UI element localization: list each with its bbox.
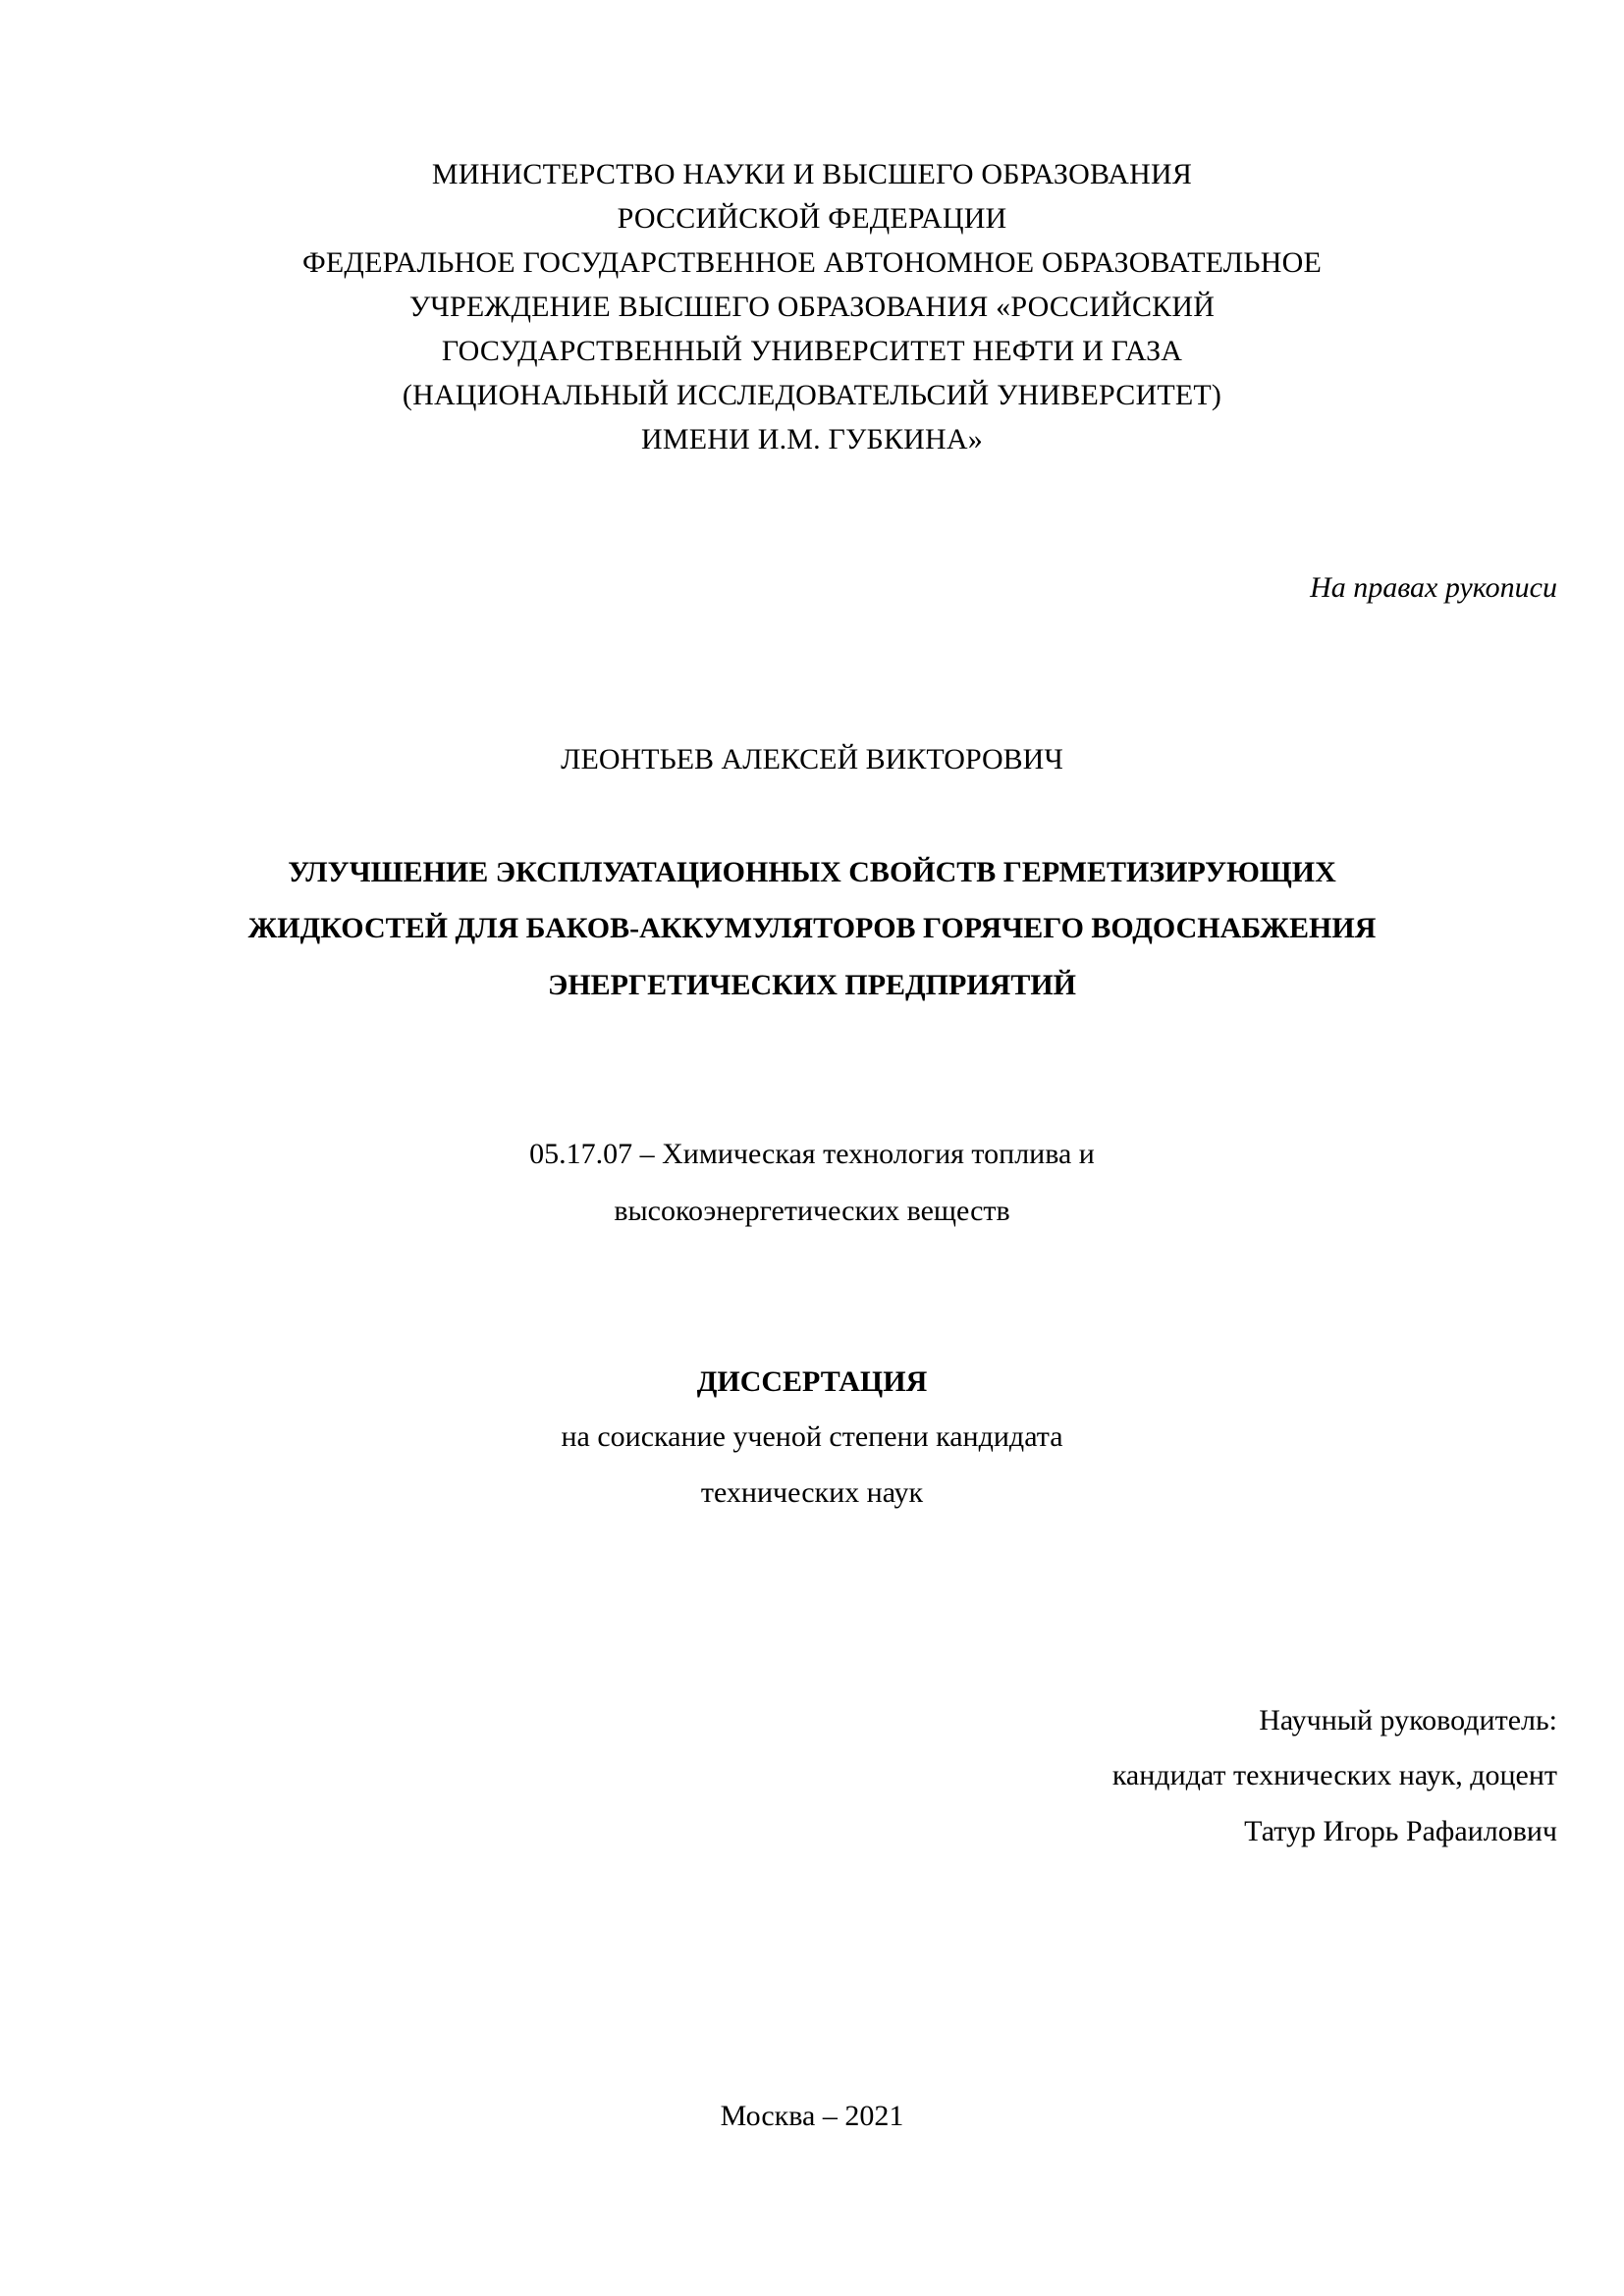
header-line: ФЕДЕРАЛЬНОЕ ГОСУДАРСТВЕННОЕ АВТОНОМНОЕ О… xyxy=(0,248,1624,278)
specialty-line: 05.17.07 – Химическая технология топлива… xyxy=(0,1140,1624,1169)
supervisor-label: Научный руководитель: xyxy=(1259,1706,1557,1735)
place-year: Москва – 2021 xyxy=(0,2102,1624,2131)
header-line: РОССИЙСКОЙ ФЕДЕРАЦИИ xyxy=(0,204,1624,234)
header-line: ИМЕНИ И.М. ГУБКИНА» xyxy=(0,425,1624,454)
degree-line: технических наук xyxy=(0,1478,1624,1508)
supervisor-name: Татур Игорь Рафаилович xyxy=(1244,1817,1557,1846)
title-line: ЭНЕРГЕТИЧЕСКИХ ПРЕДПРИЯТИЙ xyxy=(0,971,1624,1000)
header-line: (НАЦИОНАЛЬНЫЙ ИССЛЕДОВАТЕЛЬСИЙ УНИВЕРСИТ… xyxy=(0,381,1624,410)
header-line: ГОСУДАРСТВЕННЫЙ УНИВЕРСИТЕТ НЕФТИ И ГАЗА xyxy=(0,337,1624,366)
work-type-label: ДИССЕРТАЦИЯ xyxy=(0,1367,1624,1397)
header-line: МИНИСТЕРСТВО НАУКИ И ВЫСШЕГО ОБРАЗОВАНИЯ xyxy=(0,160,1624,189)
author-name: ЛЕОНТЬЕВ АЛЕКСЕЙ ВИКТОРОВИЧ xyxy=(0,745,1624,774)
title-line: УЛУЧШЕНИЕ ЭКСПЛУАТАЦИОННЫХ СВОЙСТВ ГЕРМЕ… xyxy=(0,858,1624,887)
specialty-line: высокоэнергетических веществ xyxy=(0,1197,1624,1226)
degree-line: на соискание ученой степени кандидата xyxy=(0,1422,1624,1452)
supervisor-degree: кандидат технических наук, доцент xyxy=(1112,1761,1557,1790)
header-line: УЧРЕЖДЕНИЕ ВЫСШЕГО ОБРАЗОВАНИЯ «РОССИЙСК… xyxy=(0,293,1624,322)
manuscript-note: На правах рукописи xyxy=(1310,573,1557,603)
title-line: ЖИДКОСТЕЙ ДЛЯ БАКОВ-АККУМУЛЯТОРОВ ГОРЯЧЕ… xyxy=(0,914,1624,943)
